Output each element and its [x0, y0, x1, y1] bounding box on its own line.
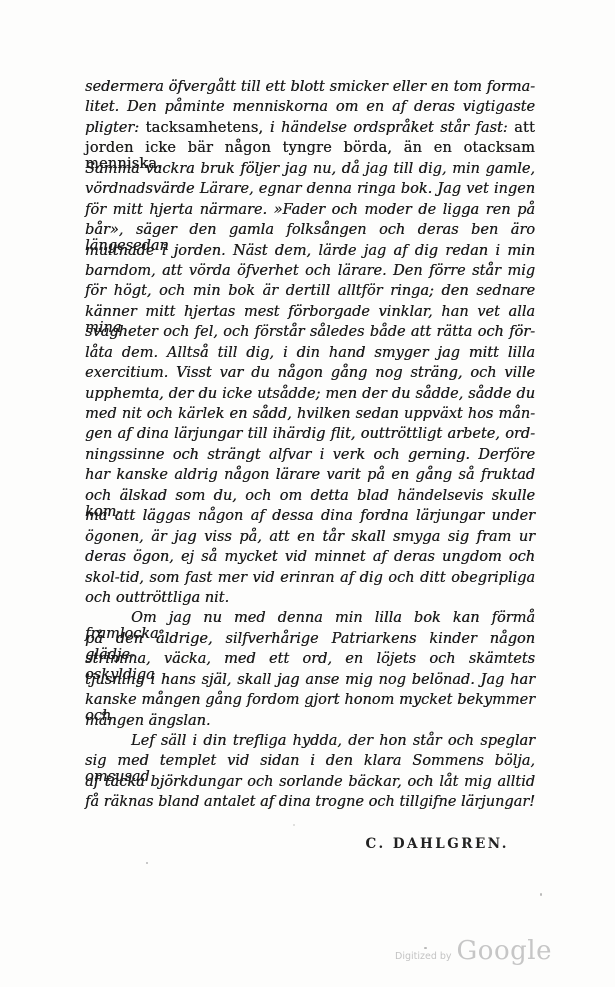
text-line: upphemta, der du icke utsådde; men der d…: [85, 386, 535, 406]
italic-text-segment: pligter:: [85, 120, 146, 136]
text-line: ningssinne och strängt alfvar i verk och…: [85, 447, 535, 467]
italic-text-segment: multnade i jorden. Näst dem, lärde jag a…: [85, 243, 535, 259]
text-line: multnade i jorden. Näst dem, lärde jag a…: [85, 243, 535, 263]
scan-speck: [293, 824, 295, 826]
italic-text-segment: låta dem. Alltså till dig, i din hand sm…: [85, 345, 535, 361]
italic-text-segment: litet. Den påminte menniskorna om en af …: [85, 99, 535, 115]
watermark-prefix-text: Digitized by: [395, 951, 452, 962]
text-line: vördnadsvärde Lärare, egnar denna ringa …: [85, 181, 535, 201]
italic-text-segment: Samma vackra bruk följer jag nu, då jag …: [85, 161, 535, 177]
text-line: svagheter och fel, och förstår således b…: [85, 324, 535, 344]
text-line: bår», säger den gamla folksången och der…: [85, 222, 535, 242]
google-logo: Google: [457, 938, 552, 964]
text-line: deras ögon, ej så mycket vid minnet af d…: [85, 549, 535, 569]
italic-text-segment: med nit och kärlek en sådd, hvilken seda…: [85, 406, 535, 422]
text-line: ma att läggas någon af dessa dina fordna…: [85, 508, 535, 528]
text-line: gen af dina lärjungar till ihärdig flit,…: [85, 426, 535, 446]
text-line: sedermera öfvergått till ett blott smick…: [85, 79, 535, 99]
italic-text-segment: har kanske aldrig någon lärare varit på …: [85, 467, 535, 483]
text-line: få räknas bland antalet af dina trogne o…: [85, 794, 535, 814]
italic-text-segment: ma att läggas någon af dessa dina fordna…: [85, 508, 535, 524]
italic-text-segment: exercitium. Visst var du någon gång nog …: [85, 365, 535, 381]
italic-text-segment: skol-tid, som fast mer vid erinran af di…: [85, 570, 535, 586]
text-line: har kanske aldrig någon lärare varit på …: [85, 467, 535, 487]
text-line: och outtröttliga nit.: [85, 590, 535, 610]
roman-text-segment: tacksamhetens,: [146, 120, 270, 136]
text-line: tjusning i hans själ, skall jag anse mig…: [85, 672, 535, 692]
signature-line: C. DAHLGREN.: [85, 833, 535, 852]
italic-text-segment: mången ängslan.: [85, 713, 210, 729]
italic-text-segment: i händelse ordspråket står fast:: [270, 120, 514, 136]
italic-text-segment: för högt, och min bok är dertill alltför…: [85, 283, 535, 299]
text-line: och älskad som du, och om detta blad hän…: [85, 488, 535, 508]
text-line: Lef säll i din trefliga hydda, der hon s…: [85, 733, 535, 753]
italic-text-segment: tjusning i hans själ, skall jag anse mig…: [85, 672, 535, 688]
text-line: kanske mången gång fordom gjort honom my…: [85, 692, 535, 712]
text-line: jorden icke bär någon tyngre börda, än e…: [85, 140, 535, 160]
text-line: Samma vackra bruk följer jag nu, då jag …: [85, 161, 535, 181]
italic-text-segment: sedermera öfvergått till ett blott smick…: [85, 79, 535, 95]
text-line: känner mitt hjertas mest förborgade vink…: [85, 304, 535, 324]
text-line: strimma, väcka, med ett ord, en löjets o…: [85, 651, 535, 671]
text-line: mången ängslan.: [85, 713, 535, 733]
italic-text-segment: för mitt hjerta närmare. »Fader och mode…: [85, 202, 535, 218]
author-signature: C. DAHLGREN.: [365, 836, 509, 852]
italic-text-segment: Lef säll i din trefliga hydda, der hon s…: [131, 733, 535, 749]
text-line: exercitium. Visst var du någon gång nog …: [85, 365, 535, 385]
text-line: litet. Den påminte menniskorna om en af …: [85, 99, 535, 119]
italic-text-segment: vördnadsvärde Lärare, egnar denna ringa …: [85, 181, 535, 197]
italic-text-segment: deras ögon, ej så mycket vid minnet af d…: [85, 549, 535, 565]
text-line: låta dem. Alltså till dig, i din hand sm…: [85, 345, 535, 365]
text-block: sedermera öfvergått till ett blott smick…: [85, 79, 535, 815]
italic-text-segment: barndom, att vörda öfverhet och lärare. …: [85, 263, 535, 279]
text-line: med nit och kärlek en sådd, hvilken seda…: [85, 406, 535, 426]
text-line: för högt, och min bok är dertill alltför…: [85, 283, 535, 303]
italic-text-segment: af täcka björkdungar och sorlande bäckar…: [85, 774, 535, 790]
italic-text-segment: ningssinne och strängt alfvar i verk och…: [85, 447, 535, 463]
text-line: ögonen, är jag viss på, att en tår skall…: [85, 529, 535, 549]
italic-text-segment: ögonen, är jag viss på, att en tår skall…: [85, 529, 535, 545]
roman-text-segment: att: [514, 120, 535, 136]
italic-text-segment: få räknas bland antalet af dina trogne o…: [85, 794, 535, 810]
italic-text-segment: svagheter och fel, och förstår således b…: [85, 324, 535, 340]
text-line: barndom, att vörda öfverhet och lärare. …: [85, 263, 535, 283]
text-line: pligter: tacksamhetens, i händelse ordsp…: [85, 120, 535, 140]
scanned-book-page: sedermera öfvergått till ett blott smick…: [0, 0, 615, 987]
digitized-by-google-watermark: Digitized by Google: [395, 938, 552, 964]
italic-text-segment: och outtröttliga nit.: [85, 590, 229, 606]
italic-text-segment: gen af dina lärjungar till ihärdig flit,…: [85, 426, 535, 442]
scan-speck: [146, 862, 148, 864]
text-line: skol-tid, som fast mer vid erinran af di…: [85, 570, 535, 590]
text-line: Om jag nu med denna min lilla bok kan fö…: [85, 610, 535, 630]
scan-speck: [540, 893, 542, 896]
text-line: för mitt hjerta närmare. »Fader och mode…: [85, 202, 535, 222]
text-line: sig med templet vid sidan i den klara So…: [85, 753, 535, 773]
text-line: af täcka björkdungar och sorlande bäckar…: [85, 774, 535, 794]
text-line: på den åldrige, silfverhårige Patriarken…: [85, 631, 535, 651]
italic-text-segment: upphemta, der du icke utsådde; men der d…: [85, 386, 535, 402]
